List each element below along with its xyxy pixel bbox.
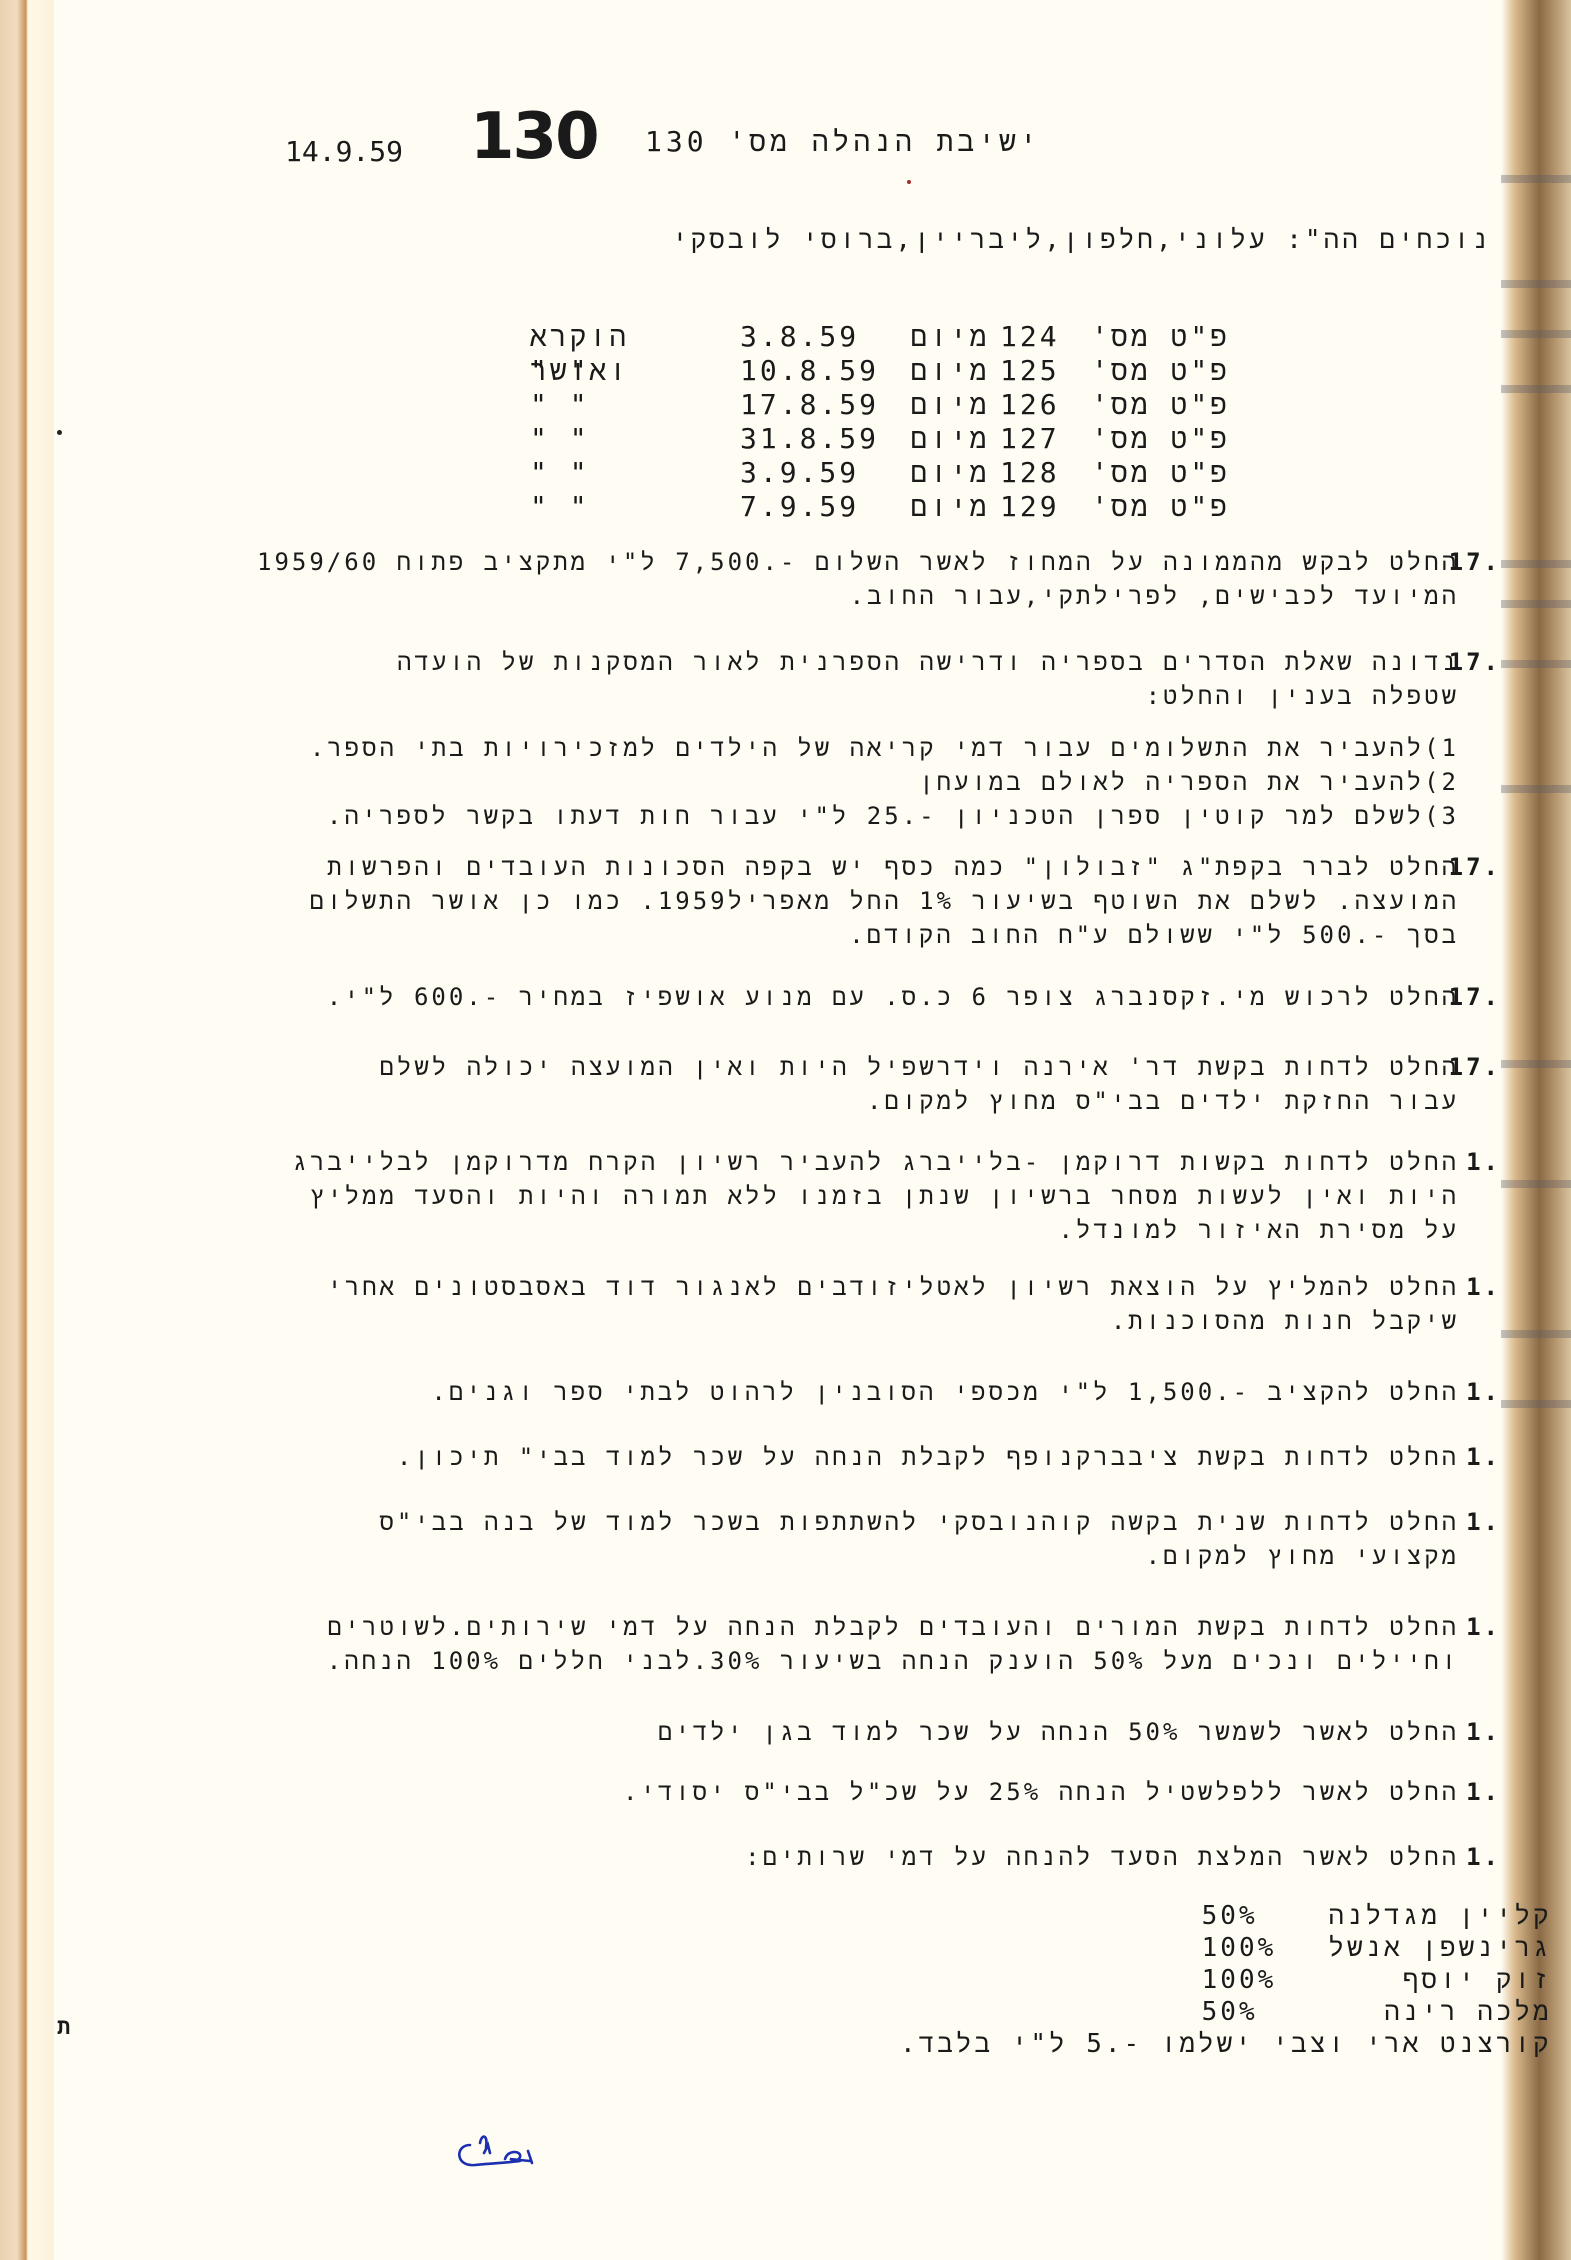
protocol-date: 31.8.59 [740,422,900,456]
item-number: .17 [1449,980,1501,1014]
decision-item: .17החלט לבקש מהממונה על המחוז לאשר השלום… [257,545,1499,613]
protocol-status: " " [530,354,740,388]
protocol-from: מיום [900,354,1000,388]
protocol-status: הוקרא ואושר [530,320,740,354]
protocol-row: פ"ט מס'124מיום3.8.59הוקרא ואושר [530,320,1230,354]
protocol-number: 126 [1000,388,1080,422]
protocols-approved-list: פ"ט מס'124מיום3.8.59הוקרא ואושרפ"ט מס'12… [530,320,1230,524]
item-text-line: בסך -.500 ל"י ששולם ע"ח החוב הקודם. [310,918,1499,952]
ink-dot [907,180,911,184]
discount-value: 100% [1202,1932,1292,1964]
sub-decision: 1)להעביר את התשלומים עבור דמי קריאה של ה… [310,731,1499,765]
protocol-status: " " [530,422,740,456]
protocol-from: מיום [900,456,1000,490]
protocol-number: 127 [1000,422,1080,456]
item-text-line: החלט להמליץ על הוצאת רשיון לאטליזודבים ל… [327,1270,1499,1304]
decision-item: .1החלט לאשר המלצת הסעד להנחה על דמי שרות… [745,1840,1499,1874]
stamp-number: 130 [470,100,598,174]
protocol-label: פ"ט מס' [1080,490,1230,524]
protocol-status: " " [530,490,740,524]
discount-name: זוק יוסף [1292,1964,1552,1996]
attendees-label: נוכחים הה": [1286,225,1491,255]
item-text-line: היות ואין לעשות מסחר ברשיון שנתן בזמנו ל… [293,1179,1499,1213]
protocol-from: מיום [900,320,1000,354]
protocol-number: 125 [1000,354,1080,388]
discount-name: קליין מגדלנה [1292,1900,1552,1932]
sub-decision: 2)להעביר את הספריה לאולם במועחן [310,765,1499,799]
attendees-names: עלוני,חלפון,ליבריין,ברוסי לובסקי [672,225,1267,255]
item-number: .1 [1466,1440,1501,1474]
item-text-line: החלט לאשר המלצת הסעד להנחה על דמי שרותים… [745,1840,1499,1874]
item-number: .1 [1466,1715,1501,1749]
protocol-status: " " [530,456,740,490]
item-text-line: החלט לאשר ללפלשטיל הנחה 25% על שכ"ל בבי"… [623,1775,1499,1809]
item-text-line: החלט לרכוש מי.זקסנברג צופר 6 כ.ס. עם מנו… [327,980,1499,1014]
decision-item: .1החלט לדחות שנית בקשה קוהנובסקי להשתתפו… [380,1505,1499,1573]
protocol-label: פ"ט מס' [1080,354,1230,388]
discount-name: גרינשפן אנשל [1292,1932,1552,1964]
protocol-date: 3.9.59 [740,456,900,490]
protocol-row: פ"ט מס'129מיום7.9.59" " [530,490,1230,524]
decision-item: .1החלט לאשר לשמשר 50% הנחה על שכר למוד ב… [658,1715,1499,1749]
item-number: .1 [1466,1145,1501,1179]
item-text-line: המועצה. לשלם את השוטף בשיעור 1% החל מאפר… [310,884,1499,918]
decision-item: .17החלט לברר בקפת"ג "זבולון" כמה כסף יש … [310,850,1499,952]
margin-mark: ת [57,2015,70,2041]
discount-list: קליין מגדלנה50%גרינשפן אנשל100%זוק יוסף1… [900,1900,1552,2060]
protocol-number: 129 [1000,490,1080,524]
item-text-line: וחיילים ונכים מעל 50% הוענק הנחה בשיעור … [327,1644,1499,1678]
protocol-from: מיום [900,490,1000,524]
item-text-line: החלט להקציב -.1,500 ל"י מכספי הסובנין לר… [431,1375,1499,1409]
protocol-label: פ"ט מס' [1080,422,1230,456]
protocol-from: מיום [900,388,1000,422]
protocol-date: 3.8.59 [740,320,900,354]
discount-value: 100% [1202,1964,1292,1996]
item-text-line: נדונה שאלת הסדרים בספריה ודרישה הספרנית … [310,645,1499,679]
protocol-status: " " [530,388,740,422]
protocol-row: פ"ט מס'126מיום17.8.59" " [530,388,1230,422]
item-number: .1 [1466,1375,1501,1409]
signature [450,2115,550,2179]
item-number: .17 [1449,545,1501,579]
decision-item: .17נדונה שאלת הסדרים בספריה ודרישה הספרנ… [310,645,1499,833]
item-number: .1 [1466,1775,1501,1809]
discount-name: מלכה רינה [1292,1996,1552,2028]
discount-footer: קורצנט ארי וצבי ישלמו -.5 ל"י בלבד. [900,2028,1552,2060]
decision-item: .17החלט לדחות בקשת דר' אירנה וידרשפיל הי… [380,1050,1499,1118]
protocol-date: 17.8.59 [740,388,900,422]
decision-item: .1החלט להמליץ על הוצאת רשיון לאטליזודבים… [327,1270,1499,1338]
attendees-line: נוכחים הה": עלוני,חלפון,ליבריין,ברוסי לו… [672,225,1491,256]
decision-item: .1החלט לדחות בקשות דרוקמן -בלייברג להעבי… [293,1145,1499,1247]
item-text-line: החלט לדחות בקשת המורים והעובדים לקבלת הנ… [327,1610,1499,1644]
decision-item: .17החלט לרכוש מי.זקסנברג צופר 6 כ.ס. עם … [327,980,1499,1014]
item-text-line: עבור החזקת ילדים בבי"ס מחוץ למקום. [380,1084,1499,1118]
left-binding-edge [0,0,28,2260]
discount-row: מלכה רינה50% [900,1996,1552,2028]
item-text-line: החלט לדחות בקשות דרוקמן -בלייברג להעביר … [293,1145,1499,1179]
discount-value: 50% [1202,1996,1292,2028]
item-number: .17 [1449,850,1501,884]
item-text-line: החלט לדחות שנית בקשה קוהנובסקי להשתתפות … [380,1505,1499,1539]
sub-decision: 3)לשלם למר קוטין ספרן הטכניון -.25 ל"י ע… [310,799,1499,833]
protocol-label: פ"ט מס' [1080,320,1230,354]
protocol-number: 124 [1000,320,1080,354]
protocol-label: פ"ט מס' [1080,388,1230,422]
item-text-line: המיועד לכבישים, לפרילתקי,עבור החוב. [257,579,1499,613]
item-number: .1 [1466,1505,1501,1539]
decision-item: .1החלט להקציב -.1,500 ל"י מכספי הסובנין … [431,1375,1499,1409]
item-number: .1 [1466,1840,1501,1874]
discount-row: גרינשפן אנשל100% [900,1932,1552,1964]
decision-item: .1החלט לדחות בקשת ציבברקנופף לקבלת הנחה … [397,1440,1499,1474]
item-text-line: החלט לבקש מהממונה על המחוז לאשר השלום -.… [257,545,1499,579]
item-text-line: מקצועי מחוץ למקום. [380,1539,1499,1573]
item-number: .17 [1449,645,1501,679]
item-text-line: החלט לדחות בקשת ציבברקנופף לקבלת הנחה על… [397,1440,1499,1474]
item-text-line: שטפלה בענין והחלט: [310,679,1499,713]
item-number: .1 [1466,1610,1501,1644]
protocol-date: 7.9.59 [740,490,900,524]
meeting-date: 14.9.59 [285,135,403,168]
item-text-line: החלט לדחות בקשת דר' אירנה וידרשפיל היות … [380,1050,1499,1084]
document-title: ישיבת הנהלה מס' 130 [645,125,1041,160]
protocol-label: פ"ט מס' [1080,456,1230,490]
stray-mark [57,430,62,435]
item-number: .17 [1449,1050,1501,1084]
left-binding-margin [28,0,54,2260]
item-text-line: שיקבל חנות מהסוכנות. [327,1304,1499,1338]
protocol-row: פ"ט מס'127מיום31.8.59" " [530,422,1230,456]
decision-item: .1החלט לדחות בקשת המורים והעובדים לקבלת … [327,1610,1499,1678]
discount-row: זוק יוסף100% [900,1964,1552,1996]
decision-item: .1החלט לאשר ללפלשטיל הנחה 25% על שכ"ל בב… [623,1775,1499,1809]
protocol-number: 128 [1000,456,1080,490]
protocol-row: פ"ט מס'125מיום10.8.59" " [530,354,1230,388]
protocol-date: 10.8.59 [740,354,900,388]
discount-value: 50% [1202,1900,1292,1932]
item-text-line: החלט לברר בקפת"ג "זבולון" כמה כסף יש בקפ… [310,850,1499,884]
protocol-row: פ"ט מס'128מיום3.9.59" " [530,456,1230,490]
item-number: .1 [1466,1270,1501,1304]
protocol-from: מיום [900,422,1000,456]
item-text-line: החלט לאשר לשמשר 50% הנחה על שכר למוד בגן… [658,1715,1499,1749]
discount-row: קליין מגדלנה50% [900,1900,1552,1932]
item-text-line: על מסירת האיזור למונדל. [293,1213,1499,1247]
